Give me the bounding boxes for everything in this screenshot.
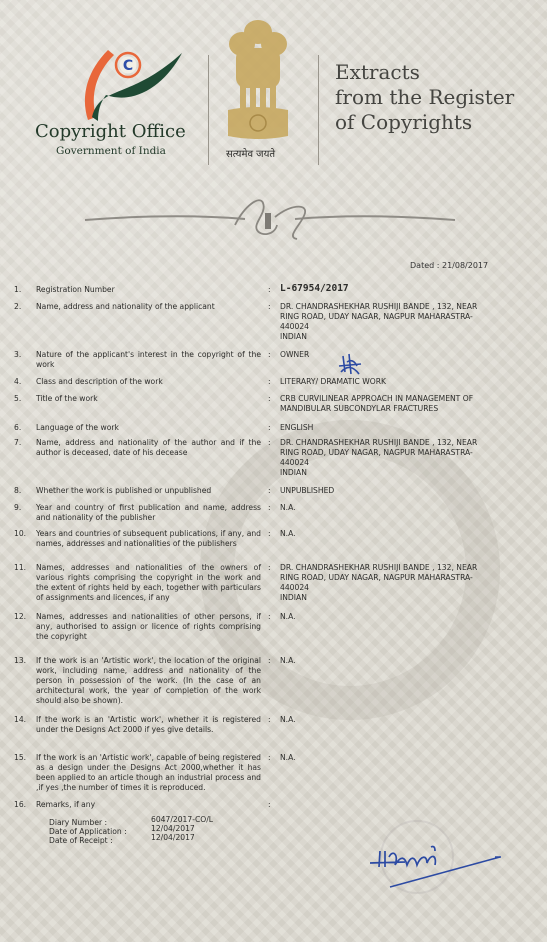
entry-number: 8. — [14, 486, 34, 496]
entry-label: If the work is an 'Artistic work', capab… — [36, 753, 261, 793]
entry-value: N.A. — [280, 656, 512, 666]
header-divider — [318, 55, 319, 165]
entry-separator: : — [268, 394, 271, 404]
entry-value: DR. CHANDRASHEKHAR RUSHIJI BANDE , 132, … — [280, 302, 512, 342]
national-emblem-icon — [218, 18, 298, 143]
office-subtitle: Government of India — [56, 145, 166, 157]
entry-number: 1. — [14, 285, 34, 295]
emblem-motto: सत्यमेव जयते — [226, 146, 275, 160]
entry-label: If the work is an 'Artistic work', the l… — [36, 656, 261, 706]
entry-number: 15. — [14, 753, 34, 763]
receipt-date-value: 12/04/2017 — [151, 833, 195, 843]
receipt-date-label: Date of Receipt : — [49, 836, 113, 846]
signature-icon — [365, 845, 515, 895]
initials-mark-icon — [335, 352, 365, 382]
entry-separator: : — [268, 563, 271, 573]
entry-label: Registration Number — [36, 285, 261, 295]
entry-label: Nature of the applicant's interest in th… — [36, 350, 261, 370]
entry-label: Names, addresses and nationalities of th… — [36, 563, 261, 603]
entry-label: Names, addresses and nationalities of ot… — [36, 612, 261, 642]
entry-label: If the work is an 'Artistic work', wheth… — [36, 715, 261, 735]
entry-separator: : — [268, 529, 271, 539]
entry-separator: : — [268, 438, 271, 448]
entry-separator: : — [268, 486, 271, 496]
entry-number: 16. — [14, 800, 34, 810]
entry-value: ENGLISH — [280, 423, 512, 433]
entry-number: 7. — [14, 438, 34, 448]
entry-label: Remarks, if any — [36, 800, 261, 810]
entry-label: Name, address and nationality of the app… — [36, 302, 261, 312]
entry-value: N.A. — [280, 503, 512, 513]
issue-date: Dated : 21/08/2017 — [410, 261, 488, 270]
entry-number: 13. — [14, 656, 34, 666]
entry-number: 9. — [14, 503, 34, 513]
entry-label: Title of the work — [36, 394, 261, 404]
entry-value: LITERARY/ DRAMATIC WORK — [280, 377, 512, 387]
entry-value: UNPUBLISHED — [280, 486, 512, 496]
entry-number: 14. — [14, 715, 34, 725]
entry-separator: : — [268, 715, 271, 725]
entry-separator: : — [268, 753, 271, 763]
entry-label: Years and countries of subsequent public… — [36, 529, 261, 549]
entry-value: OWNER — [280, 350, 512, 360]
flourish-ornament-icon — [85, 195, 455, 245]
certificate-page: C Copyright Office Government of India स… — [0, 0, 547, 942]
entry-number: 10. — [14, 529, 34, 539]
entry-value: N.A. — [280, 529, 512, 539]
copyright-logo-icon: C — [70, 45, 190, 125]
entry-label: Name, address and nationality of the aut… — [36, 438, 261, 458]
entry-value: DR. CHANDRASHEKHAR RUSHIJI BANDE , 132, … — [280, 563, 512, 603]
entry-number: 6. — [14, 423, 34, 433]
entry-separator: : — [268, 377, 271, 387]
office-name: Copyright Office — [35, 121, 205, 142]
entry-number: 4. — [14, 377, 34, 387]
svg-text:C: C — [123, 58, 133, 74]
entry-separator: : — [268, 503, 271, 513]
entry-number: 3. — [14, 350, 34, 360]
entry-label: Whether the work is published or unpubli… — [36, 486, 261, 496]
document-title: Extracts from the Register of Copyrights — [335, 60, 514, 135]
entry-number: 12. — [14, 612, 34, 622]
entry-number: 5. — [14, 394, 34, 404]
entry-label: Class and description of the work — [36, 377, 261, 387]
entry-value: CRB CURVILINEAR APPROACH IN MANAGEMENT O… — [280, 394, 512, 414]
copyright-office-logo: C Copyright Office Government of India — [30, 45, 200, 165]
entry-separator: : — [268, 800, 271, 810]
entry-value: L-67954/2017 — [280, 284, 512, 294]
entry-value: DR. CHANDRASHEKHAR RUSHIJI BANDE , 132, … — [280, 438, 512, 478]
entry-separator: : — [268, 612, 271, 622]
entry-label: Language of the work — [36, 423, 261, 433]
entry-separator: : — [268, 302, 271, 312]
entry-number: 11. — [14, 563, 34, 573]
entry-value: N.A. — [280, 753, 512, 763]
entry-separator: : — [268, 656, 271, 666]
entry-separator: : — [268, 423, 271, 433]
header-divider — [208, 55, 209, 165]
entry-value: N.A. — [280, 715, 512, 725]
entry-separator: : — [268, 285, 271, 295]
entry-number: 2. — [14, 302, 34, 312]
entry-separator: : — [268, 350, 271, 360]
entry-label: Year and country of first publication an… — [36, 503, 261, 523]
entry-value: N.A. — [280, 612, 512, 622]
